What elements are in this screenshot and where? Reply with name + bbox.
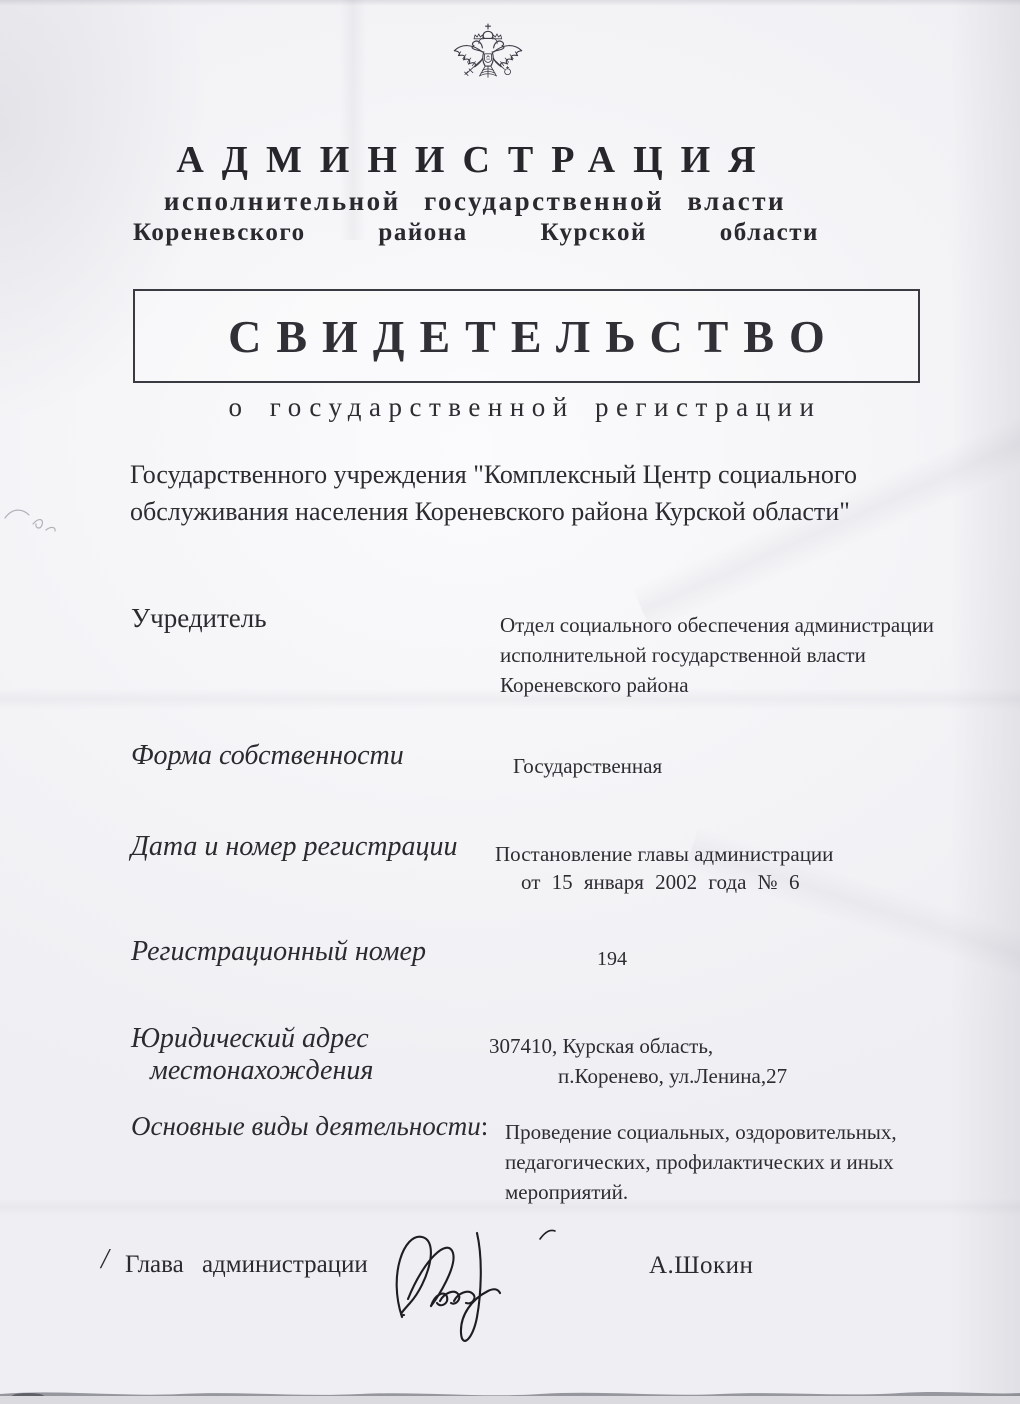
activities-line: педагогических, профилактических и иных [505,1147,905,1177]
handwritten-signature-icon [372,1203,582,1353]
subject-line: Государственного учреждения "Комплексный… [130,456,910,493]
pen-slash-mark: / [101,1244,109,1276]
registered-entity-paragraph: Государственного учреждения "Комплексный… [130,456,910,530]
field-value-ownership: Государственная [513,751,662,781]
founder-line: исполнительной государственной власти [500,640,940,670]
founder-line: Кореневского района [500,670,940,700]
double-headed-eagle-icon [446,22,530,106]
field-label-address-line1: Юридический адрес [131,1023,369,1055]
organization-region: Кореневского района Курской области [133,219,819,247]
field-label-ownership: Форма собственности [131,740,404,772]
organization-name: АДМИНИСТРАЦИЯ [130,138,820,182]
region-word: Кореневского [133,219,306,247]
activities-label-text: Основные виды деятельности [131,1111,481,1141]
region-word: района [378,219,467,247]
field-label-reg-number: Регистрационный номер [131,936,426,968]
field-value-reg-number: 194 [597,944,627,974]
signatory-post: Глава администрации [125,1251,368,1279]
field-label-address-line2: местонахождения [150,1055,373,1087]
activities-line: Проведение социальных, оздоровительных, [505,1117,905,1147]
scanned-certificate-page: АДМИНИСТРАЦИЯ исполнительной государстве… [0,0,1020,1404]
field-value-registration-line2: от 15 января 2002 года № 6 [521,867,799,897]
subject-line: обслуживания населения Кореневского райо… [130,493,910,530]
field-label-founder: Учредитель [131,603,267,634]
activities-colon: : [481,1111,489,1141]
founder-line: Отдел социального обеспечения администра… [500,610,940,640]
field-label-registration: Дата и номер регистрации [131,831,458,863]
field-label-activities: Основные виды деятельности: [131,1111,488,1142]
field-value-founder: Отдел социального обеспечения администра… [500,610,940,700]
certificate-title-box: СВИДЕТЕЛЬСТВО [133,289,920,383]
field-value-registration-line1: Постановление главы администрации [495,839,833,869]
organization-subtitle: исполнительной государственной власти [130,186,820,217]
certificate-title: СВИДЕТЕЛЬСТВО [213,310,840,363]
pencil-scribble-mark [2,496,74,540]
field-value-address-line2: п.Коренево, ул.Ленина,27 [558,1061,787,1091]
region-word: области [720,219,819,247]
scanner-background [0,1396,1020,1404]
scan-shading [0,0,1020,6]
signatory-name: А.Шокин [649,1252,753,1280]
region-word: Курской [540,219,646,247]
field-value-activities: Проведение социальных, оздоровительных, … [505,1117,905,1207]
certificate-subtitle: о государственной регистрации [130,392,920,423]
field-value-address-line1: 307410, Курская область, [489,1031,713,1061]
